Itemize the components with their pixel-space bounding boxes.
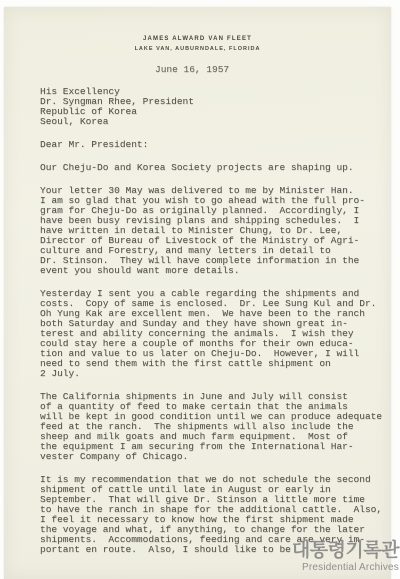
letter-body: His Excellency Dr. Syngman Rhee, Preside… [40, 87, 391, 568]
scanned-letter: JAMES ALWARD VAN FLEET LAKE VAN, AUBURND… [0, 0, 400, 579]
letter-page: JAMES ALWARD VAN FLEET LAKE VAN, AUBURND… [4, 7, 391, 579]
letterhead-name: JAMES ALWARD VAN FLEET [4, 36, 391, 42]
paragraph-cable-shipments: Yesterday I sent you a cable regarding t… [40, 289, 391, 379]
paragraph-opening: Our Cheju-Do and Korea Society projects … [40, 163, 391, 173]
recipient-address: His Excellency Dr. Syngman Rhee, Preside… [40, 87, 391, 127]
paragraph-letter-30-may: Your letter 30 May was delivered to me b… [40, 186, 391, 276]
letterhead-address: LAKE VAN, AUBURNDALE, FLORIDA [4, 46, 391, 52]
paragraph-california-shipments: The California shipments in June and Jul… [40, 392, 391, 462]
salutation: Dear Mr. President: [40, 140, 391, 150]
letterhead: JAMES ALWARD VAN FLEET LAKE VAN, AUBURND… [4, 36, 391, 52]
letter-date: June 16, 1957 [155, 65, 229, 75]
paragraph-recommendation: It is my recommendation that we do not s… [40, 475, 391, 555]
